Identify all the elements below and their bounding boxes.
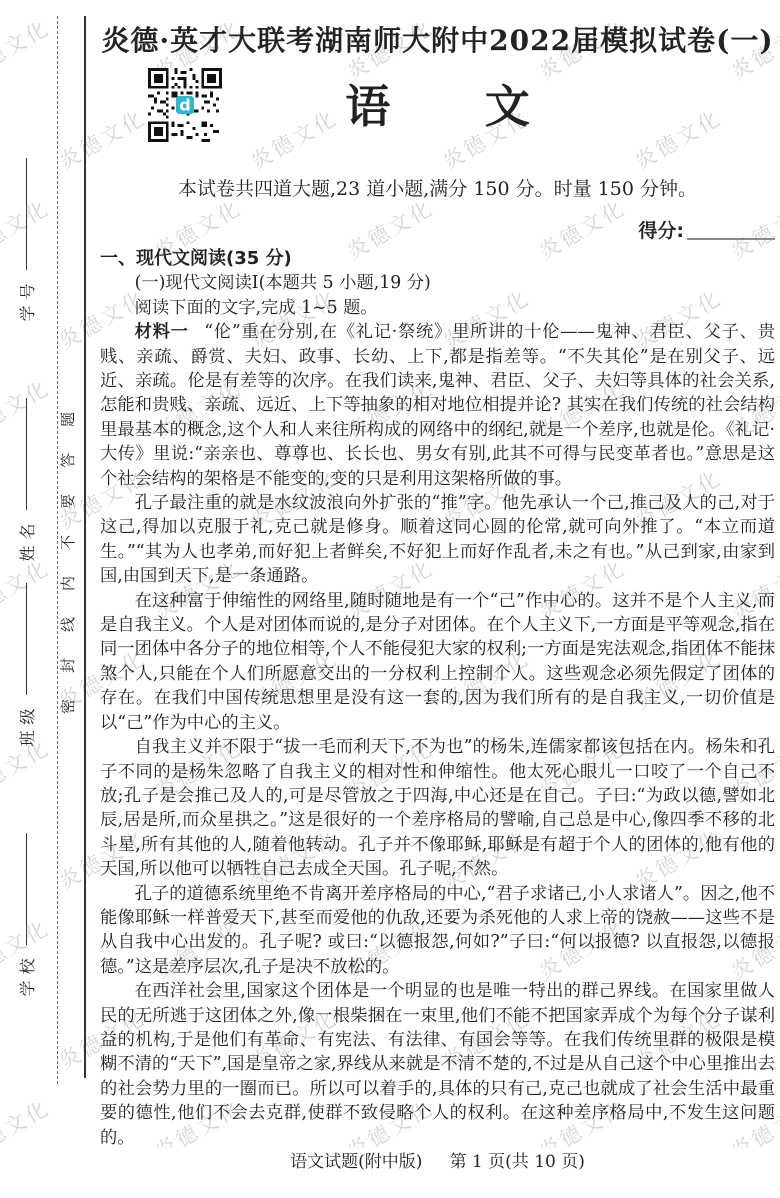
score-label: 得分: (638, 220, 684, 242)
footer-doc-title: 语文试题(附中版) (290, 1152, 422, 1172)
material-label: 材料一 (135, 322, 189, 342)
paragraph-2: 孔子最注重的就是水纹波浪向外扩张的“推”字。他先承认一个己,推己及人的己,对于这… (100, 491, 775, 589)
paragraph-4: 自我主义并不限于“拔一毛而利天下,不为也”的杨朱,连儒家都该包括在内。杨朱和孔子… (100, 735, 775, 881)
seal-dashed-line (57, 16, 58, 1084)
page-footer: 语文试题(附中版)第 1 页(共 10 页) (100, 1147, 775, 1172)
score-blank-line (687, 218, 775, 240)
class-blank-line (26, 584, 27, 696)
section-heading: 一、现代文阅读(35 分) (100, 246, 775, 271)
school-label: 学校 (15, 953, 38, 997)
paper-content: 炎德·英才大联考湖南师大附中2022届模拟试卷(一) (100, 0, 775, 1198)
paragraph-1: 材料一“伦”重在分别,在《礼记·祭统》里所讲的十伦——鬼神、君臣、父子、贵贱、亲… (100, 320, 775, 491)
footer-page-number: 第 1 页(共 10 页) (450, 1152, 585, 1172)
seal-solid-line (84, 16, 86, 1078)
class-label: 班级 (15, 703, 38, 747)
qr-code: d (148, 64, 222, 146)
exam-info: 本试卷共四道大题,23 道小题,满分 150 分。时量 150 分钟。 (100, 176, 775, 202)
student-id-blank-line (26, 159, 27, 271)
name-label: 姓名 (15, 518, 38, 562)
school-blank-line (26, 834, 27, 946)
paragraph-6: 在西洋社会里,国家这个团体是一个明显的也是唯一特出的群己界线。在国家里做人民的无… (100, 979, 775, 1150)
qr-code-icon: d (148, 64, 222, 146)
school-field: 学校 (15, 815, 37, 1015)
student-id-label: 学号 (15, 278, 38, 322)
name-field: 姓名 (15, 380, 37, 580)
reading-instruction: 阅读下面的文字,完成 1~5 题。 (100, 296, 775, 321)
subsection-heading: (一)现代文阅读Ⅰ(本题共 5 小题,19 分) (100, 271, 775, 296)
paragraph-1-text: “伦”重在分别,在《礼记·祭统》里所讲的十伦——鬼神、君臣、父子、贵贱、亲疏、爵… (100, 322, 775, 488)
exam-paper-page: 炎德文化炎德文化炎德文化炎德文化炎德文化炎德文化炎德文化炎德文化炎德文化炎德文化… (0, 0, 780, 1198)
name-blank-line (26, 399, 27, 511)
paper-title: 炎德·英才大联考湖南师大附中2022届模拟试卷(一) (100, 22, 775, 60)
paragraph-3: 在这种富于伸缩性的网络里,随时随地是有一个“己”作中心的。这并不是个人主义,而是… (100, 589, 775, 735)
score-row: 得分: (100, 216, 775, 246)
svg-text:d: d (179, 96, 190, 115)
student-id-field: 学号 (15, 140, 37, 340)
seal-instruction: 密封线内不要答题 (57, 377, 79, 723)
class-field: 班级 (15, 565, 37, 765)
paragraph-5: 孔子的道德系统里绝不肯离开差序格局的中心,“君子求诸己,小人求诸人”。因之,他不… (100, 882, 775, 980)
